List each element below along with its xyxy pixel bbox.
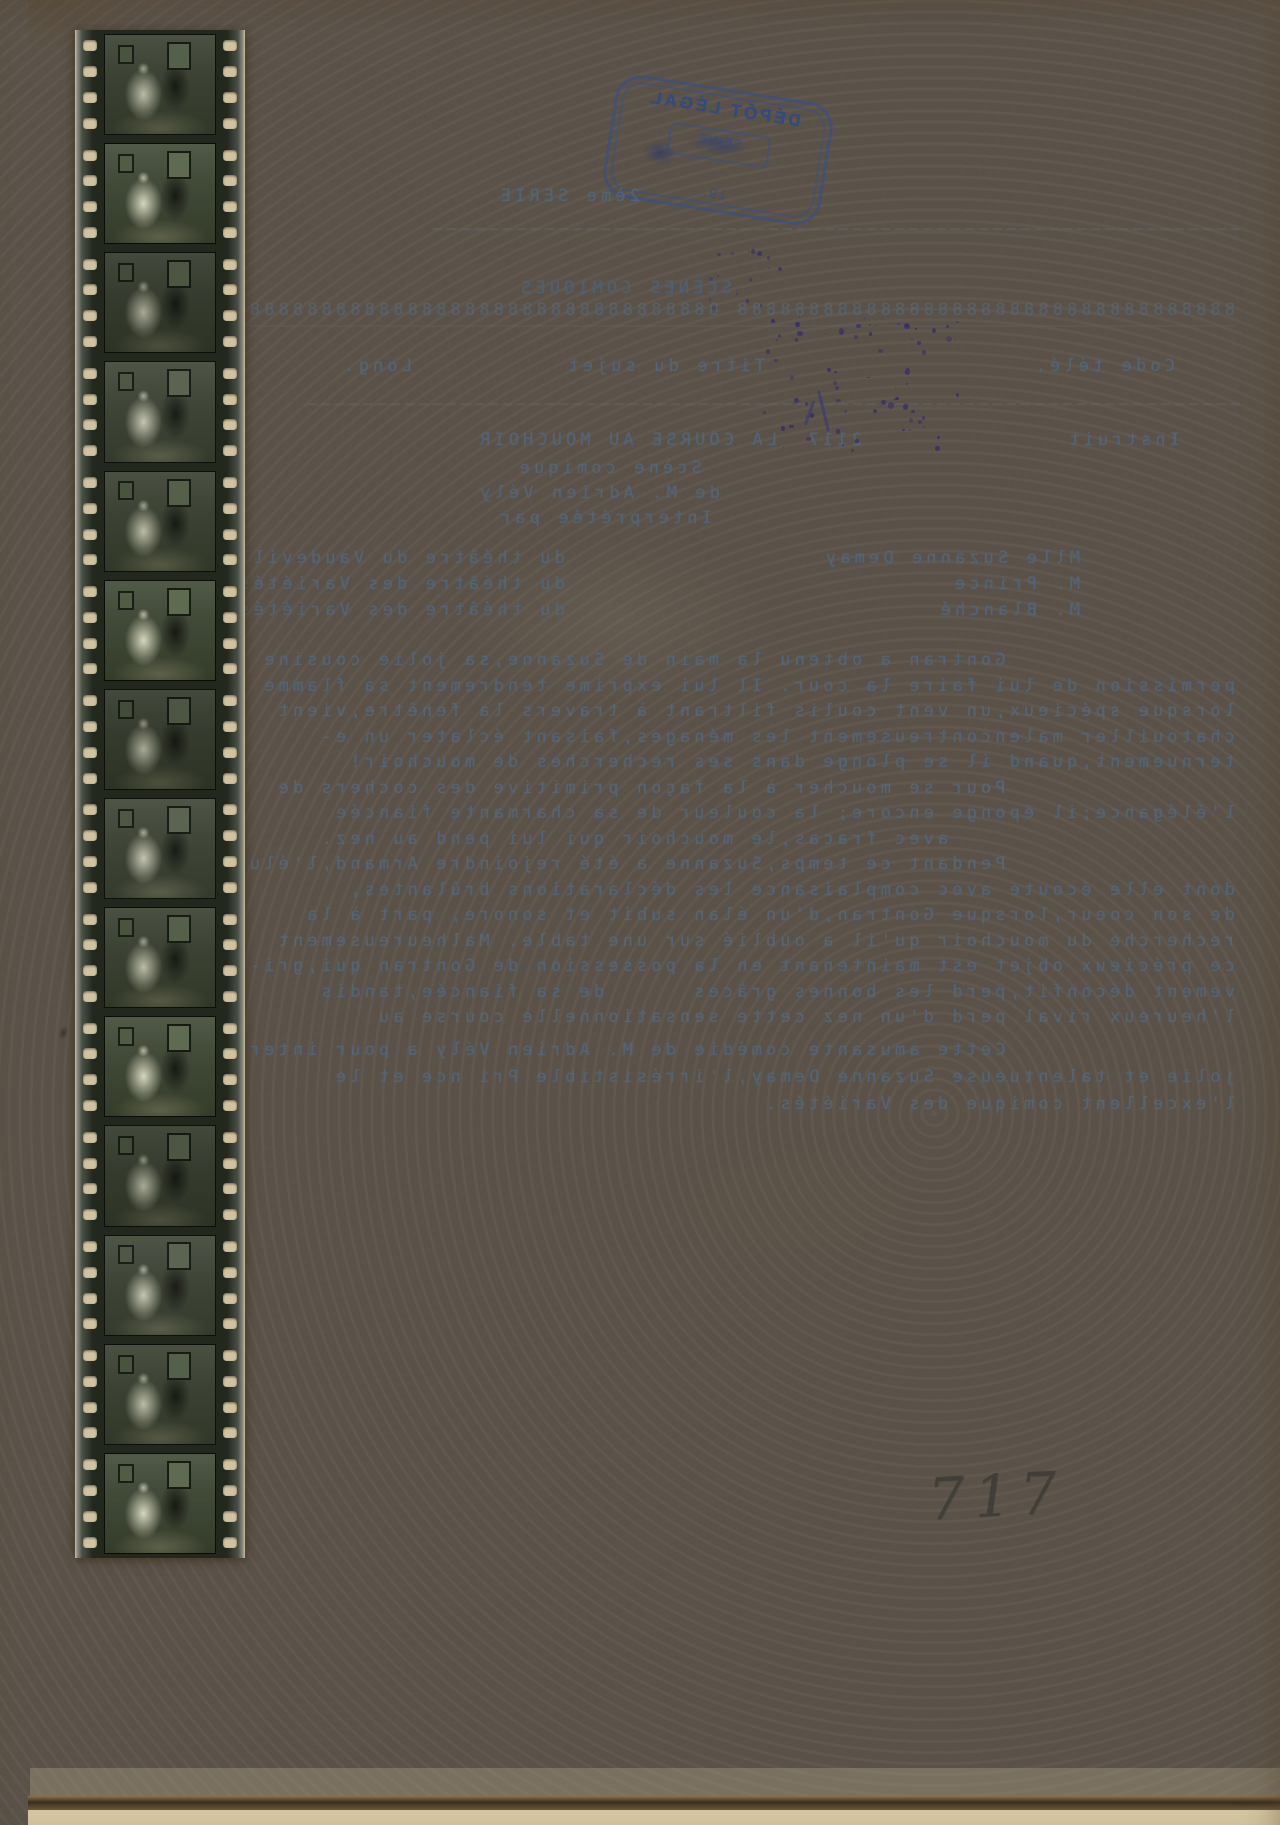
ink-splatter-dot — [778, 334, 781, 338]
typed-text-line: lorsque spécieux,un vent coulis filtrant… — [275, 701, 1235, 721]
ink-splatter-dot — [736, 293, 738, 295]
sprocket-hole — [223, 663, 237, 674]
ink-splatter-dot — [906, 383, 907, 384]
cast-member-theatre: du théâtre des Variétés — [235, 574, 565, 594]
film-frame — [75, 1449, 245, 1558]
ink-splatter-dot — [1089, 898, 1092, 900]
ink-splatter-dot — [902, 429, 905, 431]
sprocket-hole — [83, 1132, 97, 1143]
sprocket-hole — [223, 1376, 237, 1387]
sprocket-hole — [223, 336, 237, 347]
ink-splatter-dot — [790, 375, 794, 380]
ink-splatter-dot — [904, 323, 909, 327]
ink-splatter-dot — [833, 381, 838, 386]
sprocket-hole — [83, 1427, 97, 1438]
typed-text-line: vement déconfit,perd les bonnes grâces d… — [318, 982, 1235, 1002]
ink-splatter-dot — [794, 416, 796, 418]
typed-text-line: dont elle écoute avec complaisance les d… — [346, 880, 1235, 900]
ink-splatter-dot — [878, 349, 883, 353]
film-cast-intro-line: Interprétée par — [497, 508, 712, 528]
ink-splatter-dot — [917, 341, 921, 345]
sprocket-hole-column-right — [217, 903, 243, 1012]
ink-splatter-dot — [783, 447, 784, 448]
sprocket-hole — [83, 586, 97, 597]
ink-splatter-dot — [911, 339, 912, 340]
ink-splatter-dot — [895, 388, 896, 389]
column-header-title: Titre du sujet — [564, 356, 765, 376]
sprocket-hole — [223, 1402, 237, 1413]
sprocket-hole-column-left — [77, 1449, 103, 1558]
sprocket-hole — [83, 663, 97, 674]
typed-text-line: Pour se moucher à la façon primitive des… — [275, 778, 1235, 798]
sprocket-hole-column-right — [217, 576, 243, 685]
sprocket-hole — [83, 419, 97, 430]
sprocket-hole — [83, 529, 97, 540]
sprocket-hole — [223, 804, 237, 815]
film-frame — [75, 1340, 245, 1449]
sprocket-hole — [83, 856, 97, 867]
sprocket-hole — [223, 284, 237, 295]
ink-splatter-dot — [797, 331, 803, 336]
sprocket-hole — [223, 1293, 237, 1304]
sprocket-hole — [83, 773, 97, 784]
stamp-center-line: SEINE — [613, 117, 827, 164]
film-frame-image — [104, 1235, 216, 1336]
sprocket-hole-column-right — [217, 1449, 243, 1558]
sprocket-hole — [223, 227, 237, 238]
sprocket-hole-column-left — [77, 357, 103, 466]
sprocket-hole — [83, 747, 97, 758]
cast-member-name: M. Prince — [951, 574, 1080, 594]
ink-splatter-dot — [946, 336, 952, 342]
sprocket-hole — [83, 965, 97, 976]
column-header-code: Code télé. — [1032, 356, 1175, 376]
column-header-length: Long. — [340, 356, 412, 376]
film-frame-image — [104, 1125, 216, 1226]
ink-splatter-dot — [1103, 959, 1105, 962]
sprocket-hole — [223, 118, 237, 129]
sprocket-hole — [223, 856, 237, 867]
handwritten-page-number: 717 — [926, 1458, 1067, 1533]
sprocket-hole — [223, 1350, 237, 1361]
ink-splatter-dot — [795, 338, 798, 342]
film-frame-image — [104, 34, 216, 135]
ink-splatter-dot — [774, 359, 778, 362]
sprocket-hole — [83, 1376, 97, 1387]
sprocket-hole-column-left — [77, 30, 103, 139]
ink-splatter-dot — [717, 253, 720, 256]
series-label: 2ème SERIE — [497, 186, 640, 206]
typed-text-line: Pendant ce temps,Suzanne a été rejoindre… — [246, 854, 1235, 874]
film-title: LA COURSE AU MOUCHOIR — [476, 430, 777, 450]
sprocket-hole — [83, 1183, 97, 1194]
sprocket-hole-column-left — [77, 467, 103, 576]
ink-splatter-dot — [789, 425, 794, 429]
sprocket-hole — [223, 721, 237, 732]
sprocket-hole — [223, 695, 237, 706]
film-frame-image — [104, 1453, 216, 1554]
scanned-document-page: DÉPÔT LÉGAL SEINE 19.. 2ème SERIE SCÈNES… — [0, 0, 1280, 1825]
sprocket-hole — [83, 991, 97, 1002]
ink-splatter-dot — [805, 402, 808, 406]
ink-splatter-dot — [937, 436, 939, 439]
ink-splatter-dot — [888, 402, 894, 408]
sprocket-hole — [223, 368, 237, 379]
stamp-center-box — [666, 121, 772, 169]
sprocket-hole — [83, 227, 97, 238]
sprocket-hole — [223, 612, 237, 623]
sprocket-hole — [83, 830, 97, 841]
film-catalog-number: 2117 — [805, 430, 862, 450]
ink-splatter-dot — [1163, 1013, 1165, 1015]
typed-text-line: ternuement,quand il se plonge dans ses r… — [346, 752, 1235, 772]
cast-member-name: Mlle Suzanne Demay — [822, 548, 1080, 568]
sprocket-hole — [83, 1241, 97, 1252]
sprocket-hole — [83, 1023, 97, 1034]
sprocket-hole — [223, 1427, 237, 1438]
sprocket-hole — [83, 503, 97, 514]
cast-member-name: M. Blanché — [937, 600, 1080, 620]
sprocket-hole-column-left — [77, 1012, 103, 1121]
ink-splatter-dot — [799, 391, 800, 392]
ink-splatter-dot — [836, 429, 840, 434]
sprocket-hole — [223, 882, 237, 893]
sprocket-hole — [223, 394, 237, 405]
ink-splatter-dot — [768, 268, 769, 269]
film-author-line: de M. Adrien Vély — [476, 483, 720, 503]
sprocket-hole — [83, 1209, 97, 1220]
ink-splatter-dot — [1140, 903, 1141, 904]
sprocket-hole — [223, 529, 237, 540]
sprocket-hole — [83, 1074, 97, 1085]
ink-splatter-dot — [1064, 927, 1067, 929]
sprocket-hole-column-left — [77, 139, 103, 248]
sprocket-hole — [83, 1100, 97, 1111]
typed-text-line: de son coeur,lorsque Gontran,d'un élan s… — [303, 905, 1235, 925]
sprocket-hole — [223, 991, 237, 1002]
sprocket-hole-column-left — [77, 794, 103, 903]
film-frame — [75, 139, 245, 248]
typed-text-line: Cette amusante comédie de M. Adrien Vély… — [232, 1040, 1235, 1060]
sprocket-hole-column-left — [77, 903, 103, 1012]
sprocket-hole — [83, 310, 97, 321]
ink-splatter-dot — [1164, 1006, 1166, 1008]
sprocket-hole — [223, 150, 237, 161]
horizontal-rule-top — [432, 228, 1240, 230]
ink-splatter-dot — [768, 256, 771, 259]
typed-text-line: Gontran a obtenu la main de Suzanne,sa j… — [174, 650, 1235, 670]
sprocket-hole-column-right — [217, 139, 243, 248]
film-frame-image — [104, 580, 216, 681]
ink-splatter-dot — [922, 416, 926, 420]
filmstrip — [75, 30, 245, 1558]
sprocket-hole — [223, 914, 237, 925]
sprocket-hole — [223, 747, 237, 758]
sprocket-hole — [223, 175, 237, 186]
ink-splatter-dot — [806, 437, 811, 441]
sprocket-hole — [83, 695, 97, 706]
film-frame — [75, 1012, 245, 1121]
ink-splatter-dot — [810, 413, 814, 418]
ink-splatter-dot — [709, 277, 713, 282]
sprocket-hole — [223, 1241, 237, 1252]
ink-splatter-dot — [915, 328, 917, 330]
ink-splatter-dot — [854, 335, 858, 338]
sprocket-hole — [83, 1350, 97, 1361]
sprocket-hole-column-left — [77, 576, 103, 685]
sprocket-hole — [223, 66, 237, 77]
sprocket-hole — [223, 1267, 237, 1278]
sprocket-hole — [223, 419, 237, 430]
sprocket-hole — [223, 1485, 237, 1496]
sprocket-hole — [83, 1459, 97, 1470]
ink-splatter-dot — [839, 328, 844, 335]
sprocket-hole — [83, 368, 97, 379]
cast-member-theatre: du théâtre des Variétés — [235, 600, 565, 620]
sprocket-hole — [83, 477, 97, 488]
sprocket-hole — [83, 445, 97, 456]
ink-splatter-dot — [855, 439, 859, 443]
sprocket-hole — [83, 721, 97, 732]
ink-splatter-dot — [824, 333, 826, 334]
sprocket-hole — [223, 1459, 237, 1470]
sprocket-hole — [223, 1183, 237, 1194]
ink-splatter-dot — [751, 249, 755, 254]
film-frame-image — [104, 471, 216, 572]
ink-splatter-dot — [776, 339, 778, 341]
sprocket-hole — [83, 1293, 97, 1304]
sprocket-hole — [223, 1511, 237, 1522]
sprocket-hole — [83, 284, 97, 295]
ink-splatter-dot — [1192, 949, 1194, 951]
section-title: SCÈNES COMIQUES — [517, 278, 732, 298]
sprocket-hole — [83, 804, 97, 815]
ink-splatter-dot — [1216, 912, 1219, 915]
ink-splatter-dot — [771, 319, 774, 323]
film-genre-line: Scène comique — [516, 458, 702, 478]
sprocket-hole — [83, 1402, 97, 1413]
ink-splatter-dot — [856, 324, 861, 327]
ink-splatter-dot — [1168, 956, 1171, 959]
ink-splatter-dot — [757, 253, 759, 255]
sprocket-hole — [83, 92, 97, 103]
sprocket-hole-column-right — [217, 794, 243, 903]
ink-splatter-dot — [909, 418, 913, 423]
sprocket-hole — [83, 612, 97, 623]
film-frame-image — [104, 1016, 216, 1117]
ink-splatter-dot — [794, 398, 800, 402]
sprocket-hole — [83, 1485, 97, 1496]
ink-splatter-dot — [851, 449, 854, 452]
film-frame-image — [104, 798, 216, 899]
sprocket-hole — [83, 554, 97, 565]
ink-splatter-dot — [834, 371, 837, 373]
sprocket-hole — [223, 638, 237, 649]
sprocket-hole — [223, 1132, 237, 1143]
sprocket-hole — [223, 1318, 237, 1329]
ink-splatter-dot — [935, 446, 939, 451]
ink-splatter-dot — [922, 350, 926, 354]
ink-splatter-dot — [882, 369, 883, 370]
sprocket-hole — [83, 1537, 97, 1548]
typed-text-line: jolie et talentueuse Suzanne Demay,l'irr… — [332, 1067, 1235, 1087]
sprocket-hole-column-right — [217, 248, 243, 357]
sprocket-hole — [223, 586, 237, 597]
sprocket-hole — [223, 92, 237, 103]
film-frame-image — [104, 361, 216, 462]
sprocket-hole — [83, 914, 97, 925]
sprocket-hole-column-right — [217, 467, 243, 576]
sprocket-hole — [223, 503, 237, 514]
typed-text-line: l'excellent comique des Variétés. — [762, 1094, 1235, 1114]
sprocket-hole-column-right — [217, 1121, 243, 1230]
sprocket-hole — [223, 259, 237, 270]
ink-splatter-dot — [736, 290, 737, 291]
sprocket-hole — [223, 477, 237, 488]
film-frame — [75, 794, 245, 903]
sprocket-hole — [223, 1074, 237, 1085]
sprocket-hole-column-left — [77, 1121, 103, 1230]
ink-splatter-dot — [778, 267, 782, 272]
sprocket-hole-column-left — [77, 1340, 103, 1449]
ink-splatter-dot — [712, 306, 716, 310]
ink-splatter-dot — [903, 404, 909, 410]
sprocket-hole — [223, 1537, 237, 1548]
stamp-top-line: DÉPÔT LÉGAL — [617, 83, 831, 136]
film-telegraph-code: Instruit — [1065, 430, 1180, 450]
sprocket-hole-column-left — [77, 1231, 103, 1340]
film-frame — [75, 1231, 245, 1340]
sprocket-hole — [223, 310, 237, 321]
sprocket-hole-column-right — [217, 685, 243, 794]
sprocket-hole — [223, 1209, 237, 1220]
ink-splatter-dot — [881, 400, 885, 405]
sprocket-hole — [83, 1048, 97, 1059]
sprocket-hole — [83, 336, 97, 347]
ink-splatter-dot — [955, 340, 957, 342]
film-frame-image — [104, 252, 216, 353]
sprocket-hole — [223, 40, 237, 51]
sprocket-hole — [83, 939, 97, 950]
typed-text-line: l'heureux rival perd d'un nez cette sens… — [375, 1007, 1235, 1027]
sprocket-hole — [83, 638, 97, 649]
ink-splatter-dot — [1088, 1006, 1089, 1007]
ink-splatter-dot — [781, 426, 785, 431]
ink-splatter-dot — [717, 275, 719, 277]
typed-text-line: avec fracas,le mouchoir qui lui pend au … — [318, 829, 1235, 849]
sprocket-hole — [83, 201, 97, 212]
ink-splatter-dot — [827, 368, 832, 372]
sprocket-hole — [223, 965, 237, 976]
sprocket-hole — [83, 1511, 97, 1522]
ink-splatter-dot — [1093, 967, 1095, 969]
sprocket-hole-column-right — [217, 357, 243, 466]
typed-text-line: permission de lui faire la cour. Il lui … — [260, 676, 1235, 696]
ink-splatter-dot — [835, 386, 839, 390]
film-frame — [75, 467, 245, 576]
film-frame — [75, 30, 245, 139]
ink-splatter-dot — [932, 328, 936, 333]
film-frame-image — [104, 907, 216, 1008]
ink-splatter-dot — [1046, 1009, 1047, 1010]
sprocket-hole-column-left — [77, 248, 103, 357]
ink-splatter-dot — [795, 322, 800, 328]
sprocket-hole — [223, 554, 237, 565]
ink-splatter-dot — [855, 356, 856, 357]
sprocket-hole — [83, 1267, 97, 1278]
ink-splatter-dot — [1178, 986, 1180, 988]
stamp-ink-blot — [635, 131, 684, 175]
ink-splatter-dot — [867, 377, 869, 379]
ink-splatter-dot — [869, 332, 872, 336]
ink-splatter-dot — [911, 410, 915, 414]
sprocket-hole — [223, 1023, 237, 1034]
sprocket-hole — [83, 1158, 97, 1169]
ink-splatter-dot — [766, 349, 770, 354]
sprocket-hole — [83, 150, 97, 161]
ink-splatter-dot — [1090, 974, 1092, 977]
sprocket-hole — [83, 882, 97, 893]
film-frame — [75, 685, 245, 794]
ink-splatter-dot — [905, 368, 911, 375]
typed-text-line: chatouiller malencontreusement les ménag… — [318, 727, 1235, 747]
film-frame-image — [104, 689, 216, 790]
ink-splatter-dot — [946, 325, 949, 329]
ink-splatter-dot — [749, 278, 752, 281]
sprocket-hole — [223, 201, 237, 212]
sprocket-hole — [83, 40, 97, 51]
ink-splatter-dot — [809, 393, 811, 394]
typed-text-line: l'élégance;il éponge encore; la couleur … — [332, 803, 1235, 823]
sprocket-hole-column-right — [217, 1012, 243, 1121]
ink-splatter-dot — [873, 409, 877, 413]
film-frame — [75, 1121, 245, 1230]
ink-splatter-dot — [869, 324, 871, 326]
ink-splatter-dot — [956, 393, 960, 397]
film-frame — [75, 357, 245, 466]
sprocket-hole — [83, 259, 97, 270]
ink-splatter-dot — [896, 397, 899, 401]
sprocket-hole — [223, 445, 237, 456]
sprocket-hole-column-left — [77, 685, 103, 794]
typed-text-line: recherche du mouchoir qu'il a oublié sur… — [275, 931, 1235, 951]
sprocket-hole — [223, 939, 237, 950]
ink-splatter-dot — [758, 251, 762, 256]
ink-splatter-dot — [740, 266, 741, 267]
horizontal-rule-middle — [302, 403, 1240, 405]
film-frame-image — [104, 1344, 216, 1445]
ink-splatter-dot — [1071, 1006, 1074, 1009]
ink-splatter-dot — [731, 252, 734, 255]
film-frame — [75, 903, 245, 1012]
ink-splatter-dot — [909, 429, 911, 431]
sprocket-hole — [223, 773, 237, 784]
sprocket-hole — [223, 1158, 237, 1169]
ink-splatter-dot — [844, 410, 847, 413]
film-frame — [75, 576, 245, 685]
ink-splatter-dot — [876, 325, 878, 327]
decorative-eights-row: 88888888888888888888888888888888888 8888… — [246, 300, 1235, 327]
ink-splatter-dot — [759, 266, 760, 267]
ink-splatter-dot — [836, 399, 841, 403]
ink-splatter-dot — [763, 411, 765, 414]
sprocket-hole-column-right — [217, 30, 243, 139]
cast-member-theatre: du théâtre du Vaudeville — [221, 548, 565, 568]
sprocket-hole — [223, 830, 237, 841]
sprocket-hole — [83, 118, 97, 129]
sprocket-hole — [83, 175, 97, 186]
ink-splatter-dot — [923, 426, 925, 428]
